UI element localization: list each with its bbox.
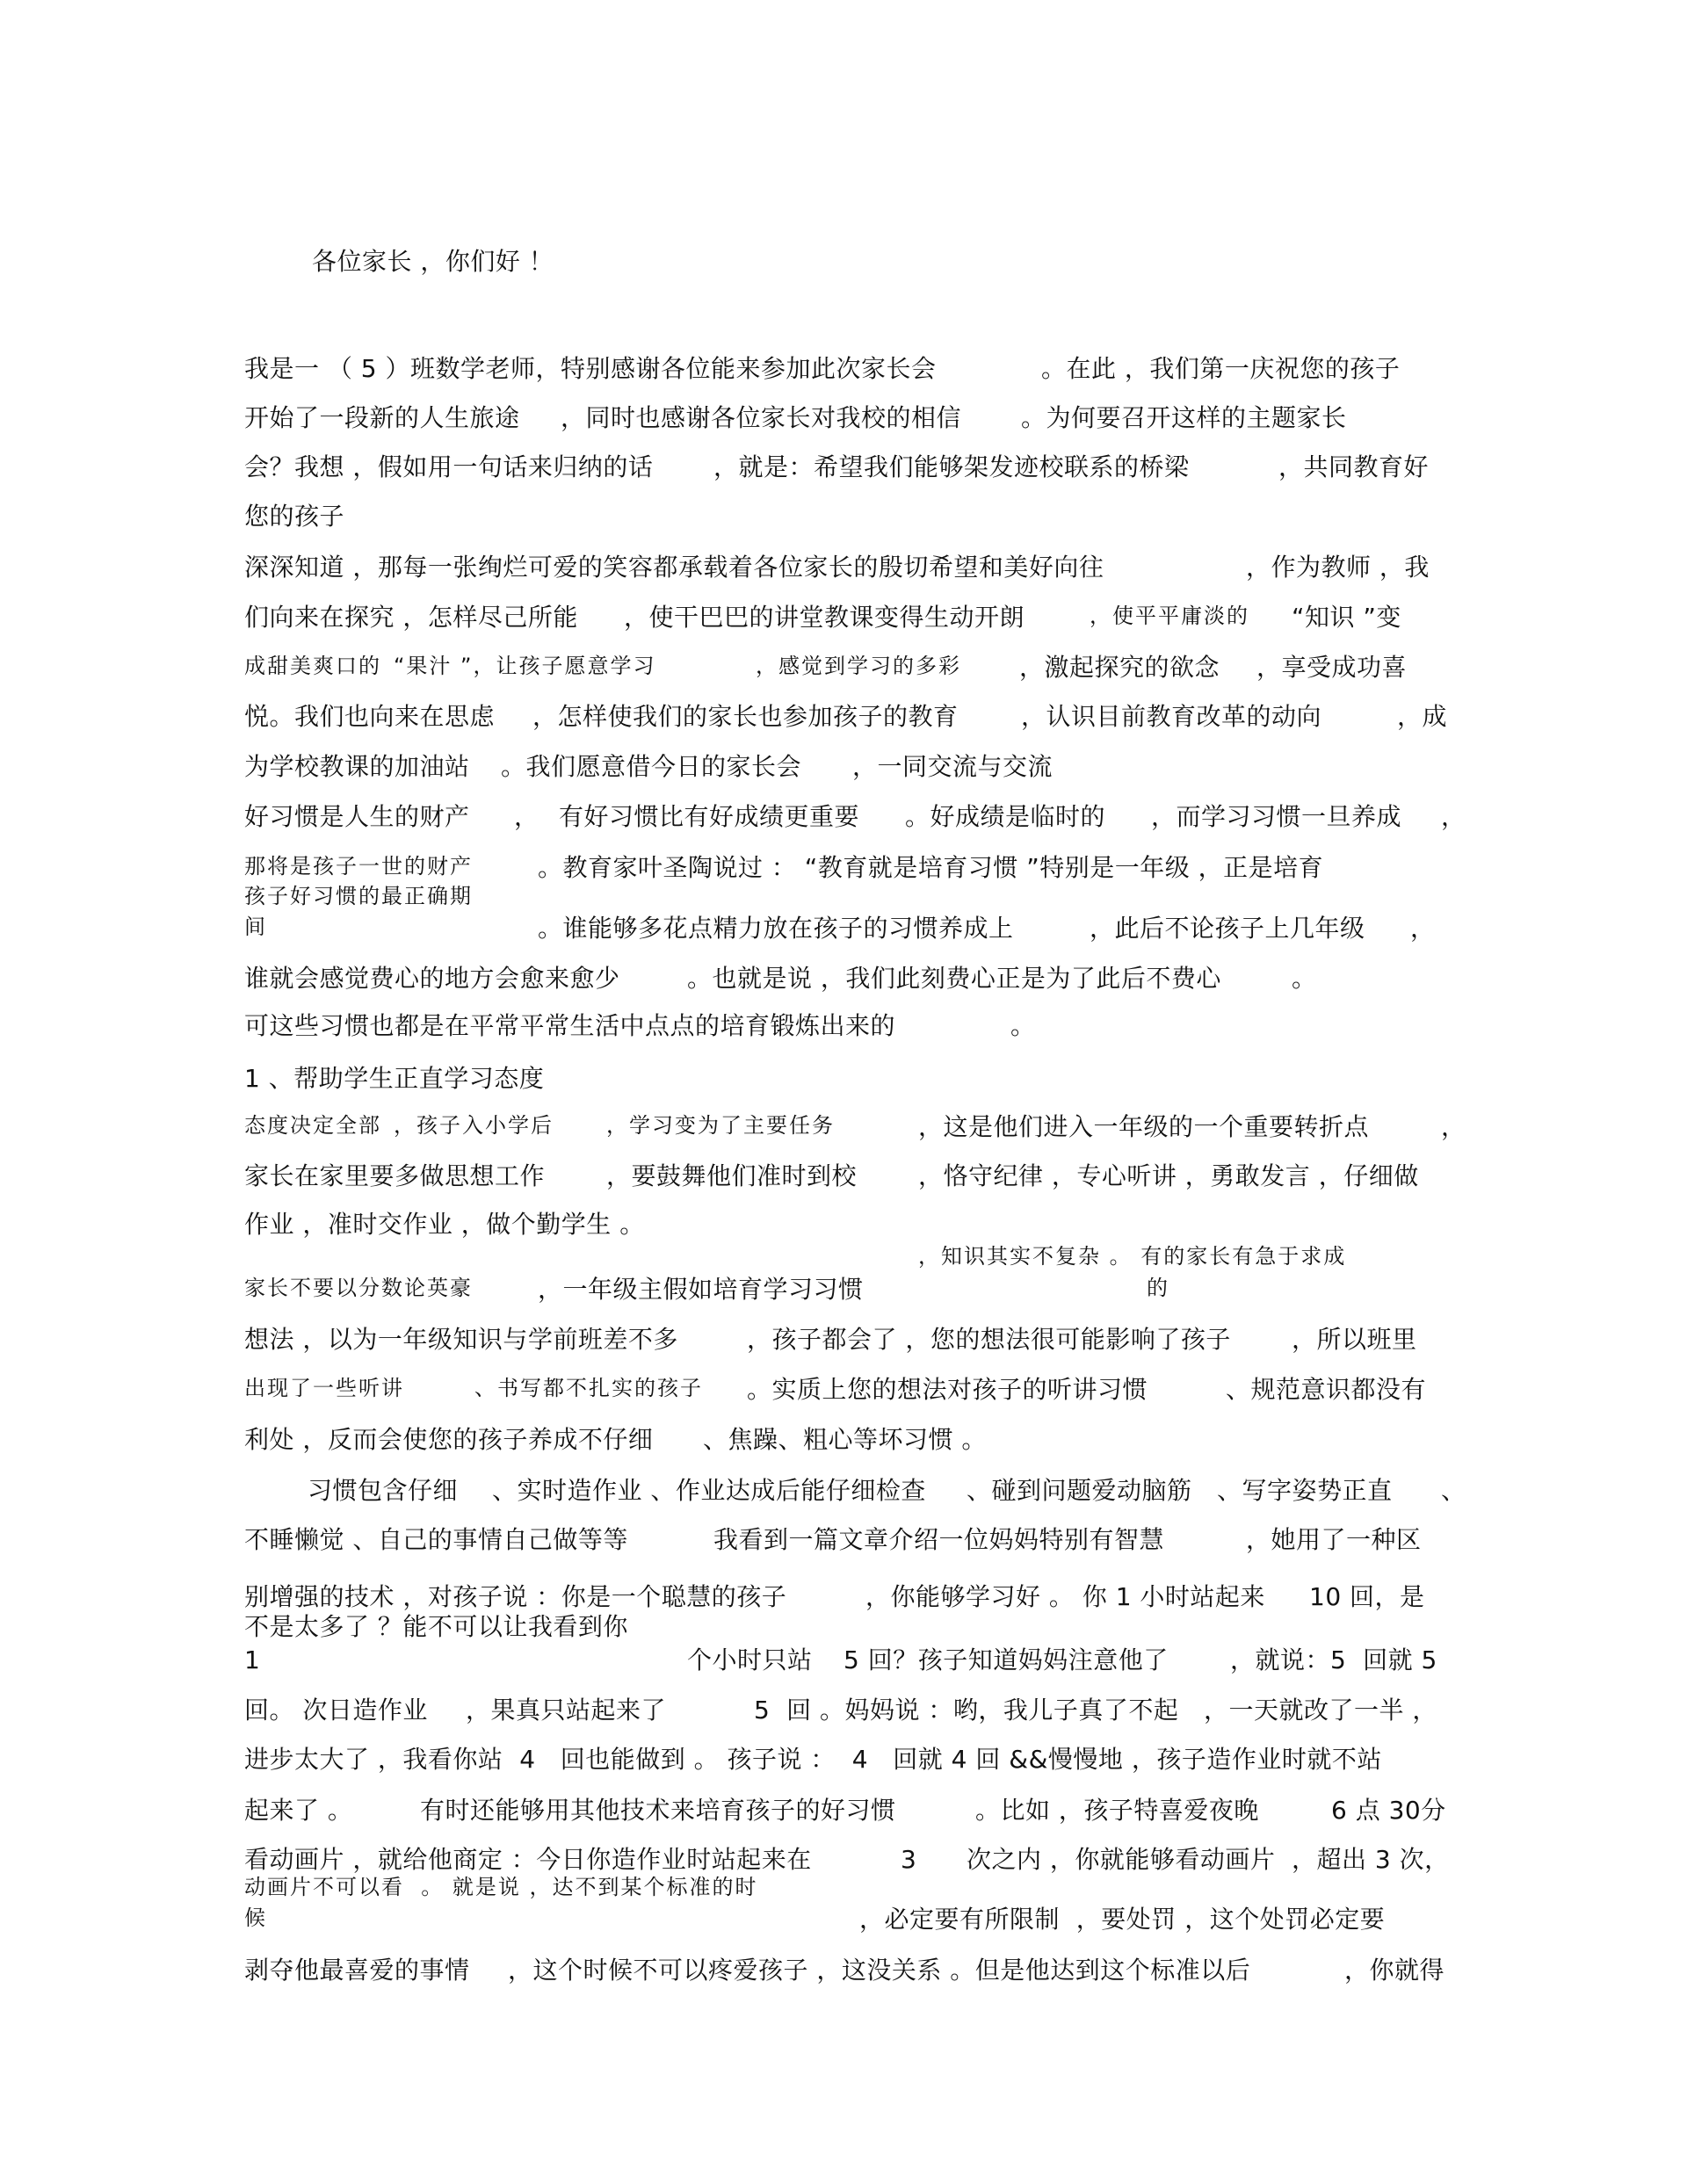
text-segment: 10 回，是 <box>1309 1583 1425 1611</box>
text-segment: ，学习变为了主要任务 <box>606 1113 835 1138</box>
text-segment: 个小时只站 <box>687 1646 813 1674</box>
text-segment: ，而学习习惯一旦养成 <box>1151 803 1401 831</box>
text-segment: ，这个时候不可以疼爱孩子 ，这没关系 。但是他达到这个标准以后 <box>508 1956 1250 1985</box>
text-segment: 、规范意识都没有 <box>1226 1376 1426 1404</box>
text-segment: 深深知道 ，那每一张绚烂可爱的笑容都承载着各位家长的殷切希望和美好向往 <box>244 553 1104 582</box>
text-segment: 的 <box>1147 1276 1169 1300</box>
text-segment: ，孩子入小学后 <box>394 1113 554 1138</box>
text-segment: ，就是：希望我们能够架发迹校联系的桥梁 <box>713 453 1190 481</box>
text-segment: 孩子好习惯的最正确期 <box>244 884 473 908</box>
text-segment: ， <box>514 803 539 831</box>
text-segment: 不睡懒觉 、自己的事情自己做等等 <box>244 1526 628 1554</box>
text-segment: 候 <box>244 1906 267 1930</box>
text-segment: ，孩子都会了 ，您的想法很可能影响了孩子 <box>747 1326 1231 1354</box>
text-segment: 出现了一些听讲 <box>244 1376 404 1400</box>
text-segment: ，所以班里 <box>1292 1326 1417 1354</box>
text-segment: ，此后不论孩子上几年级 <box>1090 915 1365 943</box>
text-segment: 动画片不可以看 。 就是说 ，达不到某个标准的时 <box>244 1875 758 1899</box>
text-segment: ，同时也感谢各位家长对我校的相信 <box>561 404 961 432</box>
text-segment: ，使平平庸淡的 <box>1090 604 1249 628</box>
text-segment: ，一年级主假如培育学习习惯 <box>538 1276 864 1304</box>
text-segment: ，果真只站起来了 <box>466 1696 666 1725</box>
text-segment: ，你就得 <box>1344 1956 1444 1985</box>
text-segment: “知识 ”变 <box>1292 604 1401 632</box>
text-segment: 。为何要召开这样的主题家长 <box>1021 404 1347 432</box>
text-segment: 我看到一篇文章介绍一位妈妈特别有智慧 <box>713 1526 1164 1554</box>
text-segment: 利处 ，反而会使您的孩子养成不仔细 <box>244 1426 653 1454</box>
text-segment: 。好成绩是临时的 <box>905 803 1105 831</box>
text-segment: 不是太多了 ？能不可以让我看到你 <box>244 1613 628 1641</box>
text-segment: 开始了一段新的人生旅途 <box>244 404 520 432</box>
text-segment: ，共同教育好 <box>1278 453 1429 481</box>
text-segment: ，这是他们进入一年级的一个重要转折点 <box>918 1113 1369 1141</box>
text-segment: 、写字姿势正直 <box>1217 1477 1393 1505</box>
greeting-heading: 各位家长 ，你们好 ！ <box>312 248 554 276</box>
text-segment: ， <box>1441 803 1466 831</box>
text-segment: ，成 <box>1397 703 1447 731</box>
text-segment: 为学校教课的加油站 <box>244 753 470 781</box>
text-segment: ，必定要有所限制 ，要处罚 ，这个处罚必定要 <box>859 1906 1385 1934</box>
text-segment: 5 回？孩子知道妈妈注意他了 <box>843 1646 1169 1674</box>
text-segment: 5 回 。妈妈说 ：哟，我儿子真了不起 <box>754 1696 1178 1725</box>
text-segment: 作业 ，准时交作业 ，做个勤学生 。 <box>244 1211 645 1239</box>
text-segment: 看动画片 ，就给他商定 ：今日你造作业时站起来在 <box>244 1846 812 1874</box>
text-segment: 。谁能够多花点精力放在孩子的习惯养成上 <box>538 915 1014 943</box>
text-segment: ， <box>1410 915 1436 943</box>
text-segment: 。在此 ，我们第一庆祝您的孩子 <box>1041 355 1400 383</box>
text-segment: ，就说：5 回就 5 <box>1230 1646 1437 1674</box>
text-segment: ，超出 3 次， <box>1292 1846 1450 1874</box>
text-segment: ，感觉到学习的多彩 <box>756 654 961 678</box>
text-segment: 别增强的技术 ，对孩子说 ：你是一个聪慧的孩子 <box>244 1583 786 1611</box>
text-segment: 态度决定全部 <box>244 1113 381 1138</box>
text-segment: ，激起探究的欲念 <box>1019 654 1220 682</box>
text-segment: 。比如 ，孩子特喜爱夜晚 <box>975 1797 1259 1825</box>
text-segment: 、焦躁、粗心等坏习惯 。 <box>703 1426 987 1454</box>
text-segment: ，你能够学习好 。 你 1 小时站起来 <box>865 1583 1265 1611</box>
text-segment: 。 <box>1292 965 1317 993</box>
text-segment: 回。 次日造作业 <box>244 1696 428 1725</box>
text-segment: 、 <box>1441 1477 1466 1505</box>
text-segment: 、碰到问题爱动脑筋 <box>967 1477 1192 1505</box>
text-segment: 谁就会感觉费心的地方会愈来愈少 <box>244 965 620 993</box>
text-segment: ，使干巴巴的讲堂教课变得生动开朗 <box>624 604 1025 632</box>
text-segment: 1 、帮助学生正直学习态度 <box>244 1065 544 1093</box>
text-segment: 们向来在探究 ，怎样尽己所能 <box>244 604 578 632</box>
text-segment: 会？我想 ，假如用一句话来归纳的话 <box>244 453 653 481</box>
text-segment: 3 <box>901 1846 916 1874</box>
text-segment: 我是一 （ 5 ）班数学老师，特别感谢各位能来参加此次家长会 <box>244 355 937 383</box>
text-segment: 。我们愿意借今日的家长会 <box>501 753 801 781</box>
text-segment: 家长不要以分数论英豪 <box>244 1276 473 1300</box>
document-page: 各位家长 ，你们好 ！ 我是一 （ 5 ）班数学老师，特别感谢各位能来参加此次家… <box>0 0 1687 2184</box>
text-segment: 成甜美爽口的 <box>244 654 381 678</box>
text-segment: 。教育家叶圣陶说过 ： “教育就是培育习惯 ”特别是一年级 ，正是培育 <box>538 854 1323 882</box>
text-segment: ，一同交流与交流 <box>852 753 1053 781</box>
text-segment: 您的孩子 <box>244 503 344 531</box>
text-segment: 剥夺他最喜爱的事情 <box>244 1956 470 1985</box>
text-segment: 悦。我们也向来在思虑 <box>244 703 495 731</box>
text-segment: ， <box>1441 1113 1466 1141</box>
text-segment: ，怎样使我们的家长也参加孩子的教育 <box>532 703 959 731</box>
text-segment: ，作为教师 ，我 <box>1246 553 1430 582</box>
text-segment: ，恪守纪律 ，专心听讲 ，勇敢发言 ，仔细做 <box>918 1162 1419 1190</box>
text-segment: ，享受成功喜 <box>1256 654 1407 682</box>
text-segment: ，一天就改了一半 ， <box>1204 1696 1437 1725</box>
text-segment: 想法 ，以为一年级知识与学前班差不多 <box>244 1326 678 1354</box>
text-segment: 习惯包含仔细 <box>308 1477 458 1505</box>
text-segment: 好习惯是人生的财产 <box>244 803 470 831</box>
text-segment: 、书写都不扎实的孩子 <box>474 1376 703 1400</box>
text-segment: 。实质上您的想法对孩子的听讲习惯 <box>747 1376 1148 1404</box>
text-segment: ，她用了一种区 <box>1246 1526 1422 1554</box>
text-segment: 6 点 30分 <box>1331 1797 1446 1825</box>
text-segment: 那将是孩子一世的财产 <box>244 854 473 879</box>
text-segment: 次之内 ，你就能够看动画片 <box>967 1846 1275 1874</box>
text-segment: 进步太大了 ，我看你站 4 回也能做到 。 孩子说 ： 4 回就 4 回 &&慢… <box>244 1746 1382 1774</box>
text-segment: 可这些习惯也都是在平常平常生活中点点的培育锻炼出来的 <box>244 1012 895 1040</box>
text-segment: 间 <box>244 915 267 939</box>
text-segment: 有时还能够用其他技术来培育孩子的好习惯 <box>420 1797 896 1825</box>
text-segment: 有好习惯比有好成绩更重要 <box>559 803 859 831</box>
text-segment: ，要鼓舞他们准时到校 <box>606 1162 857 1190</box>
text-segment: ，知识其实不复杂 。 有的家长有急于求成 <box>918 1244 1346 1269</box>
text-segment: 1 <box>244 1646 260 1674</box>
text-segment: 。也就是说 ，我们此刻费心正是为了此后不费心 <box>687 965 1221 993</box>
text-segment: 。 <box>1010 1012 1036 1040</box>
text-segment: 家长在家里要多做思想工作 <box>244 1162 545 1190</box>
text-segment: 起来了 。 <box>244 1797 352 1825</box>
text-segment: ，认识目前教育改革的动向 <box>1021 703 1321 731</box>
text-segment: “果汁 ”，让孩子愿意学习 <box>394 654 656 678</box>
text-segment: 、实时造作业 、作业达成后能仔细检查 <box>492 1477 926 1505</box>
